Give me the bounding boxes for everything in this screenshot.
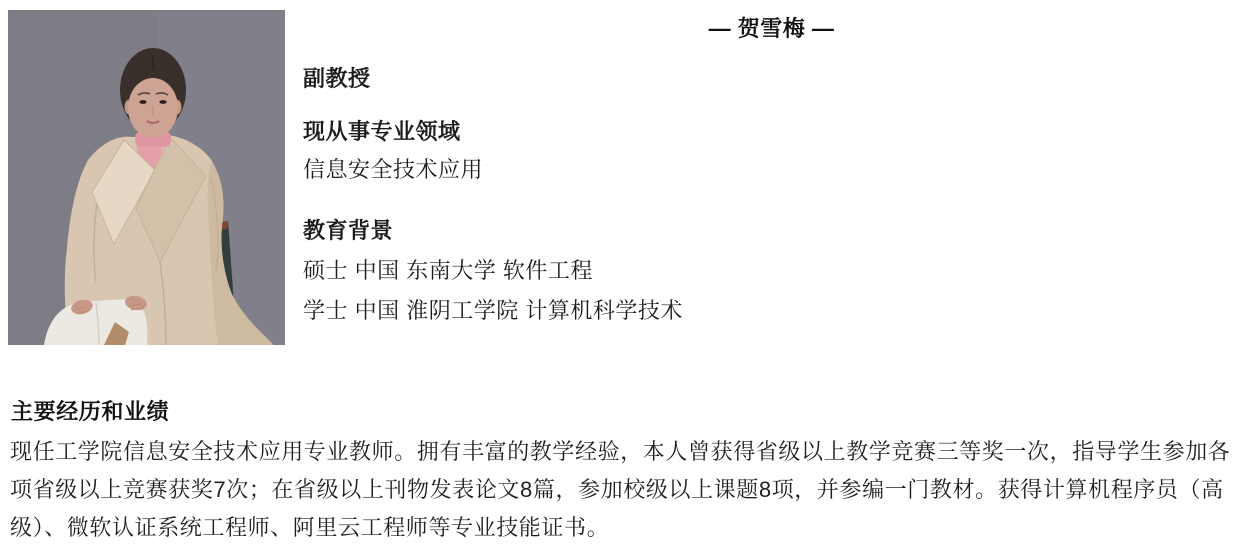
education-item-bachelor: 学士 中国 淮阴工学院 计算机科学技术: [303, 298, 683, 324]
job-title: 副教授: [303, 66, 371, 92]
experience-paragraph: 现任工学院信息安全技术应用专业教师。拥有丰富的教学经验，本人曾获得省级以上教学竞…: [10, 433, 1243, 547]
faculty-profile-page: — 贺雪梅 — 副教授 现从事专业领域 信息安全技术应用 教育背景 硕士 中国 …: [0, 0, 1249, 554]
experience-heading: 主要经历和业绩: [11, 399, 169, 425]
education-item-master: 硕士 中国 东南大学 软件工程: [303, 258, 593, 284]
portrait-photo: [8, 10, 285, 345]
field-label: 现从事专业领域: [303, 119, 461, 145]
faculty-name: — 贺雪梅 —: [303, 16, 1240, 42]
field-value: 信息安全技术应用: [303, 157, 483, 183]
education-label: 教育背景: [303, 218, 393, 244]
portrait-illustration: [8, 10, 285, 345]
